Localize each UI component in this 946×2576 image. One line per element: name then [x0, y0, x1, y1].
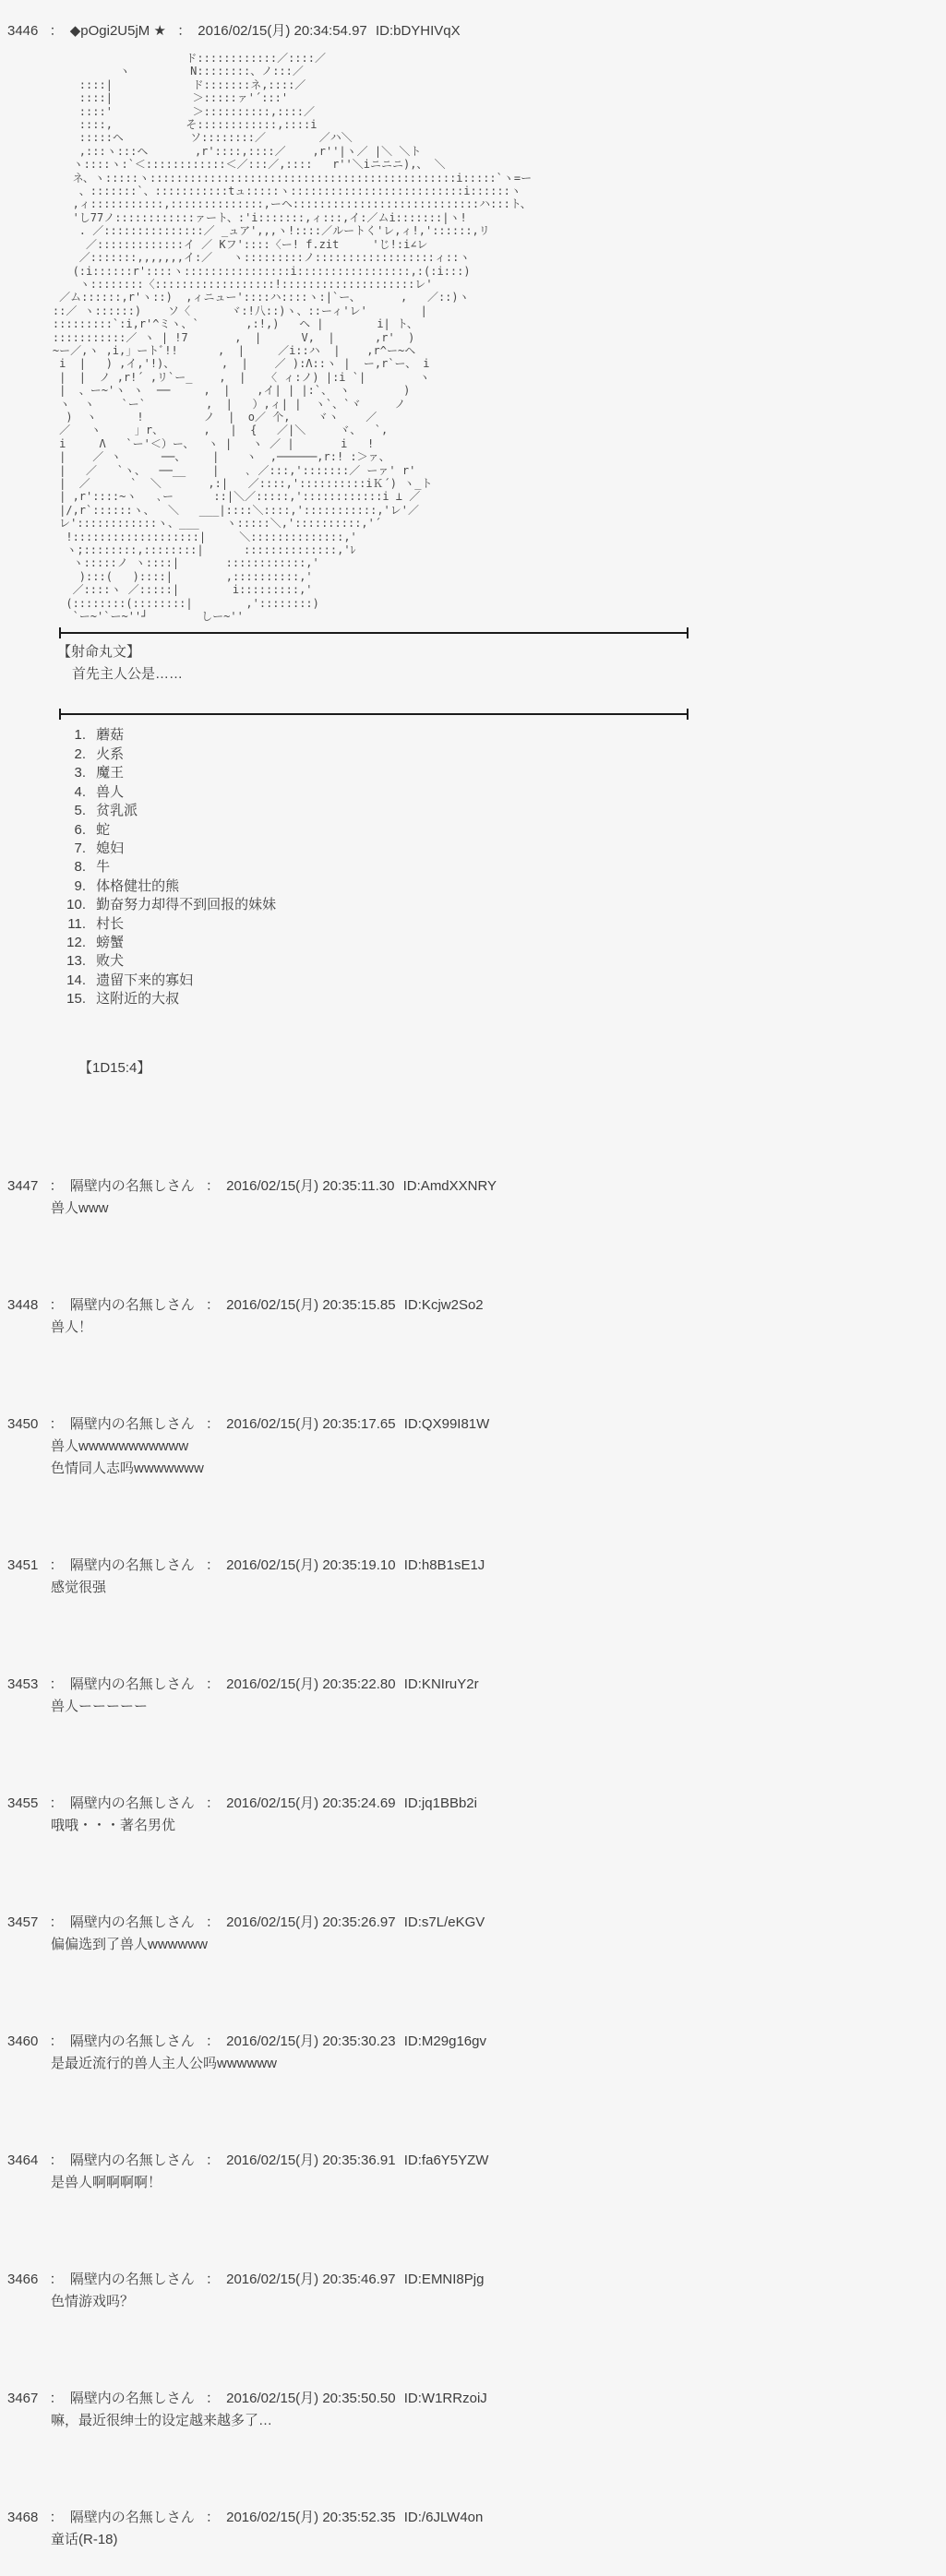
post-number: 3451	[7, 1557, 38, 1573]
option-number: 3.	[51, 764, 86, 782]
reply-post: 3450 ： 隔壁内の名無しさん ： 2016/02/15(月) 20:35:1…	[0, 1413, 946, 1480]
option-number: 8.	[51, 858, 86, 877]
option-label: 这附近的大叔	[96, 991, 179, 1007]
post-id: ID:AmdXXNRY	[403, 1178, 497, 1194]
post-id: ID:/6JLW4on	[404, 2510, 484, 2525]
post-date: 2016/02/15(月) 20:35:19.10	[226, 1557, 395, 1573]
separator: ：	[50, 1557, 64, 1573]
separator: ：	[177, 23, 191, 39]
reply-body: 兽人！	[51, 1317, 946, 1339]
option-item: 15. 这附近的大叔	[0, 990, 946, 1008]
poster-name: 隔壁内の名無しさん	[70, 1676, 195, 1692]
option-number: 7.	[51, 840, 86, 858]
option-label: 蛇	[96, 822, 110, 838]
reply-body: 童话(R-18)	[51, 2529, 946, 2551]
reply-post-header: 3455 ： 隔壁内の名無しさん ： 2016/02/15(月) 20:35:2…	[7, 1793, 946, 1815]
post-date: 2016/02/15(月) 20:35:15.85	[226, 1297, 395, 1313]
separator: ：	[206, 1676, 220, 1692]
poster-name: ◆pOgi2U5jM ★	[70, 23, 166, 39]
post-date: 2016/02/15(月) 20:35:24.69	[226, 1795, 395, 1811]
reply-body: 是最近流行的兽人主人公吗wwwwww	[51, 2053, 946, 2075]
poster-name: 隔壁内の名無しさん	[70, 2272, 195, 2287]
post-date: 2016/02/15(月) 20:35:52.35	[226, 2510, 395, 2525]
option-item: 9. 体格健壮的熊	[0, 877, 946, 896]
option-label: 牛	[96, 859, 110, 875]
option-item: 13. 败犬	[0, 952, 946, 971]
option-item: 8. 牛	[0, 858, 946, 877]
dialogue-line: 首先主人公是……	[72, 663, 946, 686]
option-number: 10.	[51, 896, 86, 914]
reply-post: 3467 ： 隔壁内の名無しさん ： 2016/02/15(月) 20:35:5…	[0, 2388, 946, 2432]
option-label: 村长	[96, 916, 124, 932]
reply-post-header: 3453 ： 隔壁内の名無しさん ： 2016/02/15(月) 20:35:2…	[7, 1674, 946, 1696]
post-number: 3457	[7, 1914, 38, 1930]
separator: ：	[50, 2391, 64, 2406]
option-item: 4. 兽人	[0, 783, 946, 802]
reply-post: 3466 ： 隔壁内の名無しさん ： 2016/02/15(月) 20:35:4…	[0, 2269, 946, 2313]
option-item: 12. 螃蟹	[0, 934, 946, 952]
reply-body: 兽人wwwwwwwwwww 色情同人志吗wwwwwww	[51, 1436, 946, 1480]
reply-post: 3453 ： 隔壁内の名無しさん ： 2016/02/15(月) 20:35:2…	[0, 1674, 946, 1718]
poster-name: 隔壁内の名無しさん	[70, 2153, 195, 2168]
separator: ：	[50, 23, 64, 39]
option-number: 2.	[51, 745, 86, 764]
dice-roll-result: 【1D15:4】	[78, 1057, 946, 1079]
poster-name: 隔壁内の名無しさん	[70, 1416, 195, 1432]
option-number: 13.	[51, 952, 86, 971]
post-id: ID:bDYHIVqX	[376, 23, 461, 39]
option-label: 贫乳派	[96, 803, 138, 818]
reply-body: 是兽人啊啊啊啊！	[51, 2172, 946, 2194]
post-id: ID:W1RRzoiJ	[404, 2391, 487, 2406]
separator: ：	[206, 2510, 220, 2525]
option-label: 败犬	[96, 953, 124, 969]
separator: ：	[206, 1795, 220, 1811]
separator: ：	[206, 1914, 220, 1930]
option-item: 1. 蘑菇	[0, 726, 946, 745]
reply-list: 3447 ： 隔壁内の名無しさん ： 2016/02/15(月) 20:35:1…	[0, 1175, 946, 2551]
reply-body: 哦哦・・・著名男优	[51, 1815, 946, 1837]
post-number: 3448	[7, 1297, 38, 1313]
separator: ：	[50, 1676, 64, 1692]
post-number: 3466	[7, 2272, 38, 2287]
separator: ：	[206, 1297, 220, 1313]
option-label: 媳妇	[96, 841, 124, 856]
reply-post-header: 3466 ： 隔壁内の名無しさん ： 2016/02/15(月) 20:35:4…	[7, 2269, 946, 2291]
option-item: 2. 火系	[0, 745, 946, 764]
poster-name: 隔壁内の名無しさん	[70, 1557, 195, 1573]
post-number: 3446	[7, 23, 38, 39]
poster-name: 隔壁内の名無しさん	[70, 1297, 195, 1313]
separator: ：	[50, 2272, 64, 2287]
option-label: 勤奋努力却得不到回报的妹妹	[96, 897, 276, 912]
option-item: 10. 勤奋努力却得不到回报的妹妹	[0, 896, 946, 914]
reply-post: 3451 ： 隔壁内の名無しさん ： 2016/02/15(月) 20:35:1…	[0, 1555, 946, 1599]
option-number: 6.	[51, 821, 86, 840]
post-date: 2016/02/15(月) 20:35:11.30	[226, 1178, 394, 1194]
reply-body: 兽人www	[51, 1198, 946, 1220]
option-number: 1.	[51, 726, 86, 745]
post-date: 2016/02/15(月) 20:35:26.97	[226, 1914, 395, 1930]
post-id: ID:EMNI8Pjg	[404, 2272, 485, 2287]
post-id: ID:s7L/eKGV	[404, 1914, 485, 1930]
separator: ：	[50, 1178, 64, 1194]
option-label: 魔王	[96, 765, 124, 781]
separator: ：	[50, 1795, 64, 1811]
post-date: 2016/02/15(月) 20:35:36.91	[226, 2153, 395, 2168]
section-divider	[59, 632, 689, 634]
reply-body: 兽人ーーーーー	[51, 1696, 946, 1718]
reply-post-header: 3447 ： 隔壁内の名無しさん ： 2016/02/15(月) 20:35:1…	[7, 1175, 946, 1198]
reply-post-header: 3450 ： 隔壁内の名無しさん ： 2016/02/15(月) 20:35:1…	[7, 1413, 946, 1436]
option-number: 4.	[51, 783, 86, 802]
separator: ：	[50, 1416, 64, 1432]
op-post: 3446 ： ◆pOgi2U5jM ★ ： 2016/02/15(月) 20:3…	[0, 20, 946, 1079]
separator: ：	[50, 1914, 64, 1930]
reply-post-header: 3448 ： 隔壁内の名無しさん ： 2016/02/15(月) 20:35:1…	[7, 1294, 946, 1317]
reply-post: 3455 ： 隔壁内の名無しさん ： 2016/02/15(月) 20:35:2…	[0, 1793, 946, 1837]
post-date: 2016/02/15(月) 20:35:17.65	[226, 1416, 395, 1432]
option-list: 1. 蘑菇 2. 火系 3. 魔王 4. 兽人	[0, 726, 946, 1008]
separator: ：	[206, 1178, 220, 1194]
reply-body: 感觉很强	[51, 1577, 946, 1599]
post-number: 3447	[7, 1178, 38, 1194]
post-date: 2016/02/15(月) 20:34:54.97	[198, 23, 366, 39]
post-id: ID:QX99I81W	[404, 1416, 490, 1432]
post-number: 3467	[7, 2391, 38, 2406]
separator: ：	[50, 1297, 64, 1313]
reply-post-header: 3468 ： 隔壁内の名無しさん ： 2016/02/15(月) 20:35:5…	[7, 2507, 946, 2529]
post-id: ID:h8B1sE1J	[404, 1557, 485, 1573]
dialogue-speaker: 【射命丸文】	[57, 641, 946, 663]
reply-post: 3468 ： 隔壁内の名無しさん ： 2016/02/15(月) 20:35:5…	[0, 2507, 946, 2551]
reply-body: 色情游戏吗？	[51, 2291, 946, 2313]
option-number: 9.	[51, 877, 86, 896]
option-label: 螃蟹	[96, 935, 124, 950]
post-date: 2016/02/15(月) 20:35:22.80	[226, 1676, 395, 1692]
post-id: ID:KNIruY2r	[404, 1676, 479, 1692]
option-item: 3. 魔王	[0, 764, 946, 782]
option-item: 7. 媳妇	[0, 840, 946, 858]
poster-name: 隔壁内の名無しさん	[70, 2391, 195, 2406]
option-number: 11.	[51, 915, 86, 934]
post-number: 3453	[7, 1676, 38, 1692]
option-label: 兽人	[96, 784, 124, 800]
poster-name: 隔壁内の名無しさん	[70, 1178, 195, 1194]
option-label: 蘑菇	[96, 727, 124, 743]
option-item: 14. 遗留下来的寡妇	[0, 972, 946, 990]
poster-name: 隔壁内の名無しさん	[70, 1795, 195, 1811]
section-divider	[59, 713, 689, 715]
separator: ：	[206, 2153, 220, 2168]
reply-post: 3448 ： 隔壁内の名無しさん ： 2016/02/15(月) 20:35:1…	[0, 1294, 946, 1339]
reply-post-header: 3460 ： 隔壁内の名無しさん ： 2016/02/15(月) 20:35:3…	[7, 2031, 946, 2053]
reply-post: 3464 ： 隔壁内の名無しさん ： 2016/02/15(月) 20:35:3…	[0, 2150, 946, 2194]
reply-post-header: 3457 ： 隔壁内の名無しさん ： 2016/02/15(月) 20:35:2…	[7, 1912, 946, 1934]
option-number: 12.	[51, 934, 86, 952]
separator: ：	[50, 2510, 64, 2525]
poster-name: 隔壁内の名無しさん	[70, 2510, 195, 2525]
post-number: 3460	[7, 2033, 38, 2049]
separator: ：	[206, 1557, 220, 1573]
option-item: 11. 村长	[0, 915, 946, 934]
thread-page: 3446 ： ◆pOgi2U5jM ★ ： 2016/02/15(月) 20:3…	[0, 0, 946, 2551]
reply-body: 嘛，最近很绅士的设定越来越多了…	[51, 2410, 946, 2432]
separator: ：	[50, 2153, 64, 2168]
separator: ：	[206, 2391, 220, 2406]
separator: ：	[206, 2033, 220, 2049]
reply-post: 3457 ： 隔壁内の名無しさん ： 2016/02/15(月) 20:35:2…	[0, 1912, 946, 1956]
post-id: ID:jq1BBb2i	[404, 1795, 477, 1811]
poster-name: 隔壁内の名無しさん	[70, 2033, 195, 2049]
ascii-art: ド::::::::::::／::::／ ヽ N::::::::、ノ:::／ ::…	[26, 52, 946, 623]
post-id: ID:M29g16gv	[404, 2033, 486, 2049]
dialogue-block: 【射命丸文】 首先主人公是……	[0, 641, 946, 686]
option-label: 火系	[96, 746, 124, 762]
post-number: 3455	[7, 1795, 38, 1811]
separator: ：	[206, 2272, 220, 2287]
separator: ：	[206, 1416, 220, 1432]
post-number: 3450	[7, 1416, 38, 1432]
post-date: 2016/02/15(月) 20:35:46.97	[226, 2272, 395, 2287]
reply-post-header: 3464 ： 隔壁内の名無しさん ： 2016/02/15(月) 20:35:3…	[7, 2150, 946, 2172]
post-id: ID:Kcjw2So2	[404, 1297, 484, 1313]
option-item: 5. 贫乳派	[0, 802, 946, 820]
option-item: 6. 蛇	[0, 821, 946, 840]
reply-body: 偏偏选到了兽人wwwwww	[51, 1934, 946, 1956]
reply-post: 3447 ： 隔壁内の名無しさん ： 2016/02/15(月) 20:35:1…	[0, 1175, 946, 1220]
post-number: 3464	[7, 2153, 38, 2168]
option-number: 5.	[51, 802, 86, 820]
post-date: 2016/02/15(月) 20:35:30.23	[226, 2033, 395, 2049]
option-label: 遗留下来的寡妇	[96, 972, 193, 988]
op-post-header: 3446 ： ◆pOgi2U5jM ★ ： 2016/02/15(月) 20:3…	[7, 20, 946, 42]
option-number: 14.	[51, 972, 86, 990]
option-number: 15.	[51, 990, 86, 1008]
post-date: 2016/02/15(月) 20:35:50.50	[226, 2391, 395, 2406]
option-label: 体格健壮的熊	[96, 878, 179, 894]
reply-post: 3460 ： 隔壁内の名無しさん ： 2016/02/15(月) 20:35:3…	[0, 2031, 946, 2075]
post-id: ID:fa6Y5YZW	[404, 2153, 489, 2168]
post-number: 3468	[7, 2510, 38, 2525]
separator: ：	[50, 2033, 64, 2049]
reply-post-header: 3451 ： 隔壁内の名無しさん ： 2016/02/15(月) 20:35:1…	[7, 1555, 946, 1577]
poster-name: 隔壁内の名無しさん	[70, 1914, 195, 1930]
reply-post-header: 3467 ： 隔壁内の名無しさん ： 2016/02/15(月) 20:35:5…	[7, 2388, 946, 2410]
